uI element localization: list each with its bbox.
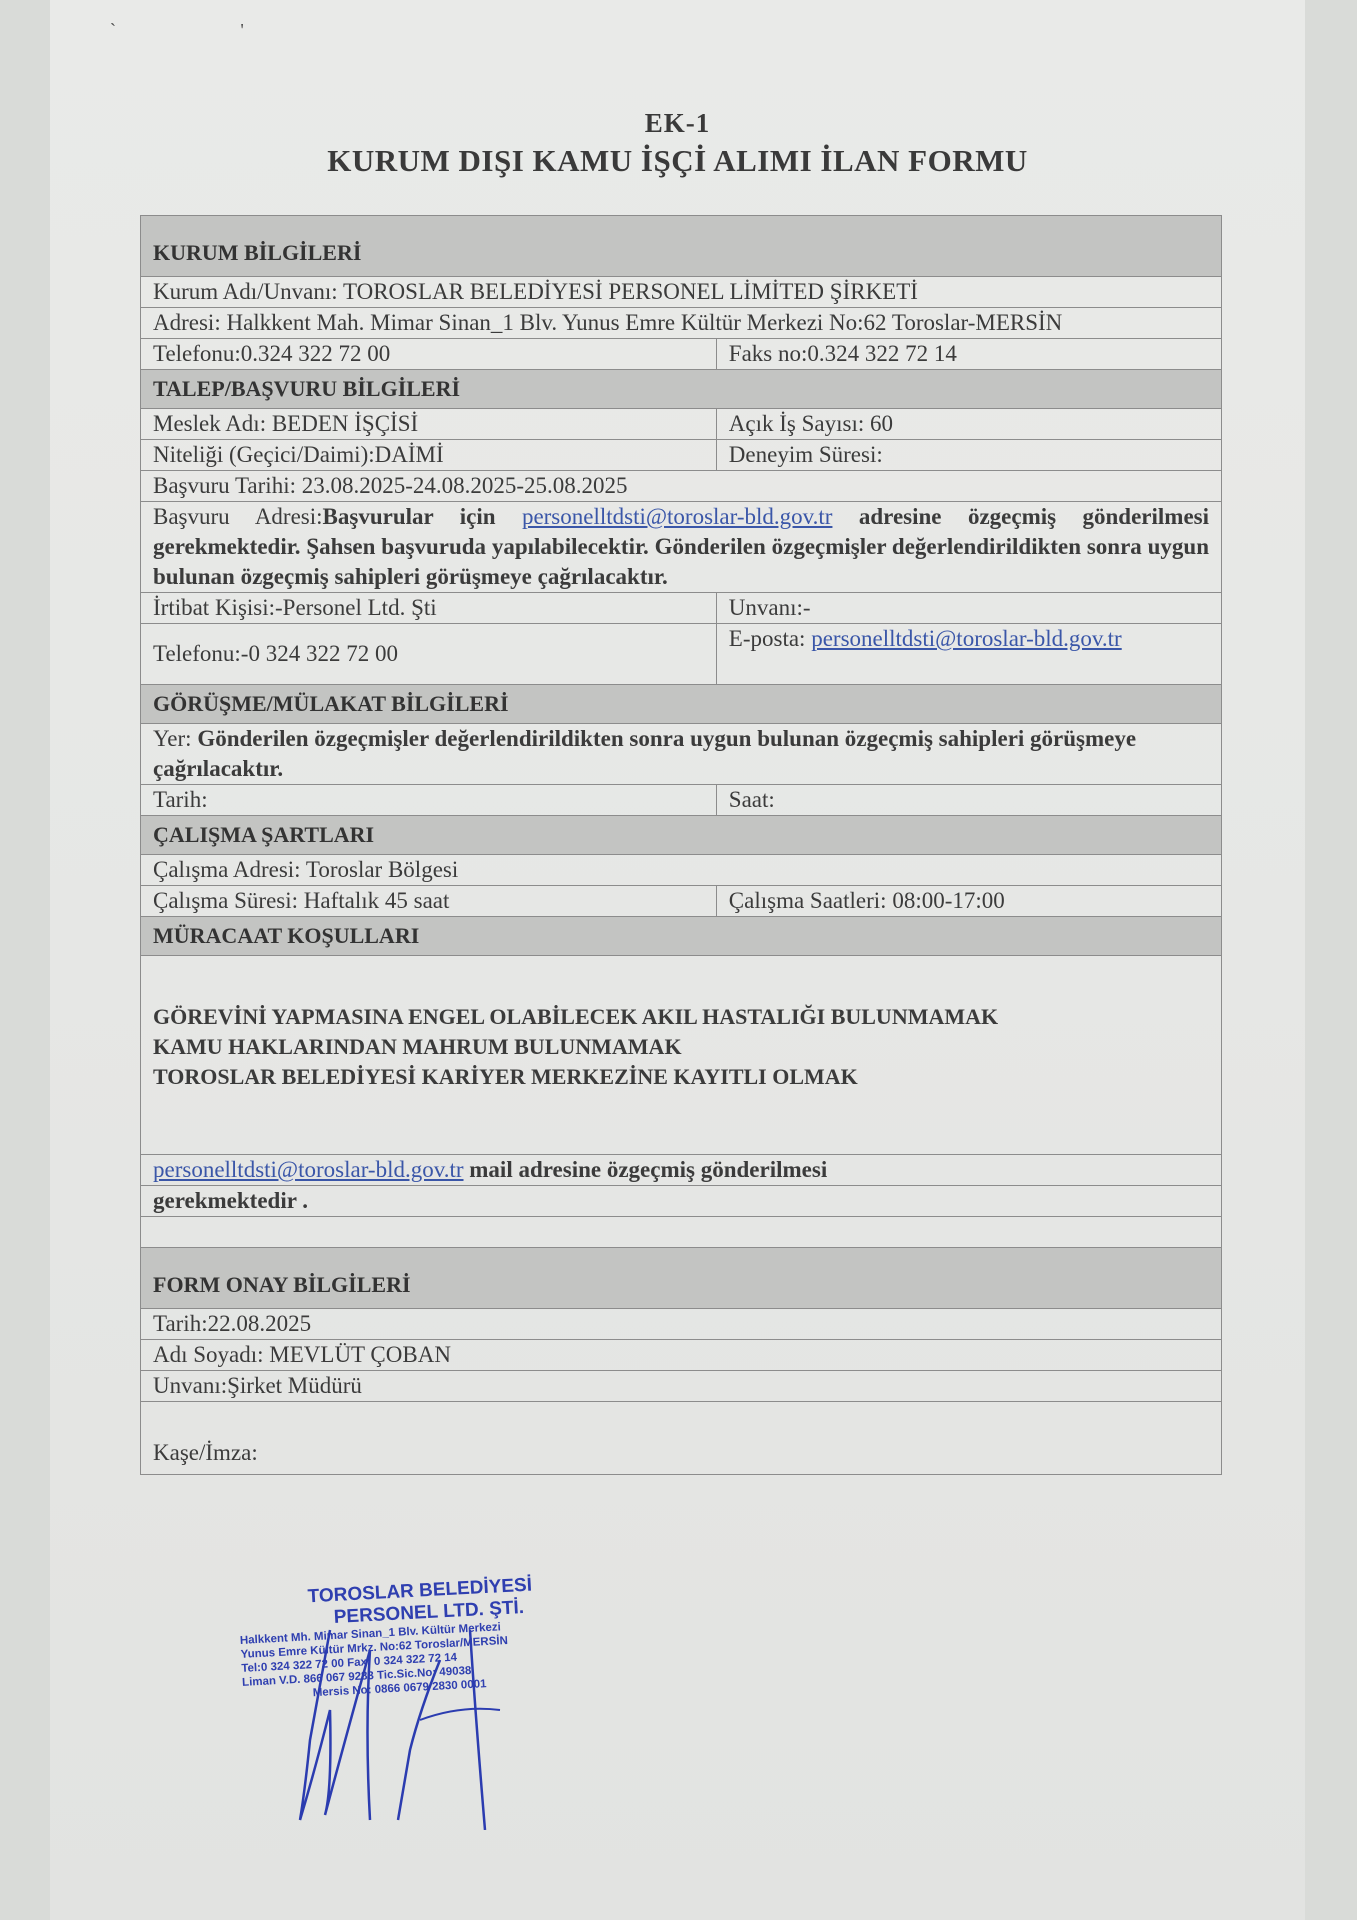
section-calisma-header: ÇALIŞMA ŞARTLARI (141, 816, 1221, 855)
application-address-pre: Başvurular için (323, 504, 522, 529)
scan-marks: ` ' (110, 20, 304, 41)
interview-time: Saat: (717, 785, 1221, 815)
interview-place-label: Yer: (153, 726, 197, 751)
application-address: Başvuru Adresi:Başvurular için personell… (141, 502, 1221, 592)
conditions-list: GÖREVİNİ YAPMASINA ENGEL OLABİLECEK AKIL… (141, 956, 1010, 1154)
row-work-address: Çalışma Adresi: Toroslar Bölgesi (141, 855, 1221, 886)
row-email-note-2: gerekmektedir . (141, 1186, 1221, 1217)
contact-title: Unvanı:- (717, 593, 1221, 623)
institution-phone: Telefonu:0.324 322 72 00 (141, 339, 717, 369)
contact-email-label: E-posta: (729, 626, 811, 651)
row-contact-person: İrtibat Kişisi:-Personel Ltd. Şti Unvanı… (141, 593, 1221, 624)
row-empty (141, 1217, 1221, 1248)
section-gorusme-header: GÖRÜŞME/MÜLAKAT BİLGİLERİ (141, 685, 1221, 724)
work-duration: Çalışma Süresi: Haftalık 45 saat (141, 886, 717, 916)
row-approver-title: Unvanı:Şirket Müdürü (141, 1371, 1221, 1402)
open-positions: Açık İş Sayısı: 60 (717, 409, 1221, 439)
announcement-form: KURUM BİLGİLERİ Kurum Adı/Unvanı: TOROSL… (140, 215, 1222, 1475)
title-block: EK-1 KURUM DIŞI KAMU İŞÇİ ALIMI İLAN FOR… (50, 108, 1305, 179)
condition-item: KAMU HAKLARINDAN MAHRUM BULUNMAMAK (153, 1032, 998, 1062)
application-email-link[interactable]: personelltdsti@toroslar-bld.gov.tr (522, 504, 833, 529)
email-note-text: mail adresine özgeçmiş gönderilmesi (464, 1157, 828, 1182)
row-application-address: Başvuru Adresi:Başvurular için personell… (141, 502, 1221, 593)
signature-icon (270, 1590, 550, 1830)
row-stamp-signature: Kaşe/İmza: (141, 1402, 1221, 1474)
muracaat-email-link[interactable]: personelltdsti@toroslar-bld.gov.tr (153, 1157, 464, 1182)
section-kurum-header: KURUM BİLGİLERİ (141, 216, 1221, 277)
contact-phone: Telefonu:-0 324 322 72 00 (141, 624, 717, 684)
row-interview-datetime: Tarih: Saat: (141, 785, 1221, 816)
occupation: Meslek Adı: BEDEN İŞÇİSİ (141, 409, 717, 439)
row-approver-name: Adı Soyadı: MEVLÜT ÇOBAN (141, 1340, 1221, 1371)
row-work-hours: Çalışma Süresi: Haftalık 45 saat Çalışma… (141, 886, 1221, 917)
row-contact-phone: Telefonu:-0 324 322 72 00 E-posta: perso… (141, 624, 1221, 685)
contact-email-link[interactable]: personelltdsti@toroslar-bld.gov.tr (811, 626, 1122, 651)
row-occupation: Meslek Adı: BEDEN İŞÇİSİ Açık İş Sayısı:… (141, 409, 1221, 440)
email-note-line-1: personelltdsti@toroslar-bld.gov.tr mail … (141, 1155, 1221, 1185)
approver-name: Adı Soyadı: MEVLÜT ÇOBAN (141, 1340, 1221, 1370)
row-institution-address: Adresi: Halkkent Mah. Mimar Sinan_1 Blv.… (141, 308, 1221, 339)
row-institution-contact: Telefonu:0.324 322 72 00 Faks no:0.324 3… (141, 339, 1221, 370)
condition-item: GÖREVİNİ YAPMASINA ENGEL OLABİLECEK AKIL… (153, 1002, 998, 1032)
institution-name: Kurum Adı/Unvanı: TOROSLAR BELEDİYESİ PE… (141, 277, 1221, 307)
row-institution-name: Kurum Adı/Unvanı: TOROSLAR BELEDİYESİ PE… (141, 277, 1221, 308)
interview-place-text: Gönderilen özgeçmişler değerlendirildikt… (153, 726, 1136, 781)
section-onay-header: FORM ONAY BİLGİLERİ (141, 1248, 1221, 1309)
work-hours: Çalışma Saatleri: 08:00-17:00 (717, 886, 1221, 916)
application-address-label: Başvuru Adresi: (153, 504, 323, 529)
row-interview-place: Yer: Gönderilen özgeçmişler değerlendiri… (141, 724, 1221, 785)
experience: Deneyim Süresi: (717, 440, 1221, 470)
row-application-dates: Başvuru Tarihi: 23.08.2025-24.08.2025-25… (141, 471, 1221, 502)
approver-title: Unvanı:Şirket Müdürü (141, 1371, 1221, 1401)
form-title: KURUM DIŞI KAMU İŞÇİ ALIMI İLAN FORMU (50, 143, 1305, 179)
approval-date: Tarih:22.08.2025 (141, 1309, 1221, 1339)
contact-person: İrtibat Kişisi:-Personel Ltd. Şti (141, 593, 717, 623)
institution-fax: Faks no:0.324 322 72 14 (717, 339, 1221, 369)
application-dates: Başvuru Tarihi: 23.08.2025-24.08.2025-25… (141, 471, 1221, 501)
row-conditions: GÖREVİNİ YAPMASINA ENGEL OLABİLECEK AKIL… (141, 956, 1221, 1155)
institution-address: Adresi: Halkkent Mah. Mimar Sinan_1 Blv.… (141, 308, 1221, 338)
row-nature: Niteliği (Geçici/Daimi):DAİMİ Deneyim Sü… (141, 440, 1221, 471)
interview-date: Tarih: (141, 785, 717, 815)
contact-email: E-posta: personelltdsti@toroslar-bld.gov… (717, 624, 1221, 684)
stamp-signature-label: Kaşe/İmza: (141, 1402, 1221, 1474)
row-email-note-1: personelltdsti@toroslar-bld.gov.tr mail … (141, 1155, 1221, 1186)
interview-place: Yer: Gönderilen özgeçmişler değerlendiri… (141, 724, 1221, 784)
annex-label: EK-1 (50, 108, 1305, 139)
email-note-line-2: gerekmektedir . (141, 1186, 1221, 1216)
section-talep-header: TALEP/BAŞVURU BİLGİLERİ (141, 370, 1221, 409)
section-muracaat-header: MÜRACAAT KOŞULLARI (141, 917, 1221, 956)
work-address: Çalışma Adresi: Toroslar Bölgesi (141, 855, 1221, 885)
row-approval-date: Tarih:22.08.2025 (141, 1309, 1221, 1340)
condition-item: TOROSLAR BELEDİYESİ KARİYER MERKEZİNE KA… (153, 1062, 998, 1092)
nature: Niteliği (Geçici/Daimi):DAİMİ (141, 440, 717, 470)
